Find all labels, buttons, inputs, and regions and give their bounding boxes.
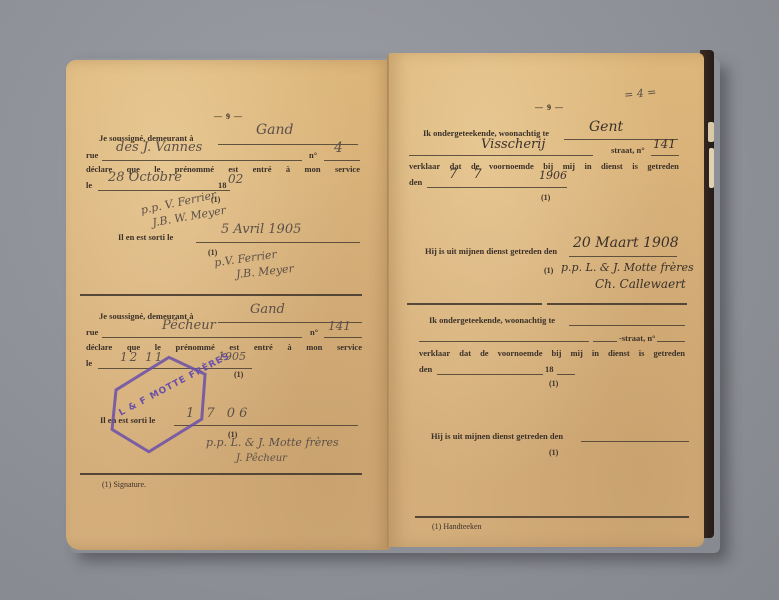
word: à <box>286 164 290 174</box>
signature-marker: (1) <box>234 370 243 379</box>
handwritten-year: 1906 <box>539 169 567 182</box>
form-rule <box>409 155 593 156</box>
page-tab-marker <box>709 148 714 188</box>
word: in <box>584 161 591 171</box>
date-label: den <box>409 177 422 187</box>
word: is <box>632 161 638 171</box>
word: mon <box>305 164 321 174</box>
word: getreden <box>647 161 678 171</box>
word: à <box>287 342 291 352</box>
section-divider <box>80 294 362 296</box>
handwritten-city: Gand <box>250 302 285 317</box>
footnote: (1) Handteeken <box>432 522 482 531</box>
street-label: straat, n° <box>611 145 645 155</box>
handwritten-date: 28 Octobre <box>108 170 182 185</box>
handwritten-date: 7 7 <box>449 167 488 182</box>
handwritten-number: 141 <box>328 319 351 333</box>
form-rule <box>102 337 302 338</box>
form-rule <box>569 256 677 257</box>
word: dienst <box>601 161 623 171</box>
handwritten-signature: J. Pêcheur <box>236 453 287 464</box>
handwritten-city: Gent <box>589 119 623 135</box>
street-label: -straat, n° <box>619 333 655 343</box>
handwritten-year: 02 <box>228 172 243 186</box>
handwritten-city: Gand <box>256 122 294 138</box>
word: in <box>592 348 599 358</box>
word: verklaar <box>409 161 440 171</box>
form-rule <box>557 374 575 375</box>
handwritten-number: 4 <box>334 140 343 156</box>
word: verklaar <box>419 348 450 358</box>
word: dienst <box>608 348 630 358</box>
form-rule <box>581 441 689 442</box>
number-label: n° <box>310 327 318 337</box>
word: dat <box>459 348 471 358</box>
word: service <box>337 342 362 352</box>
section-divider <box>415 516 689 518</box>
date-label: le <box>86 358 92 368</box>
form-rule <box>324 337 362 338</box>
word: déclare <box>86 342 112 352</box>
handwritten-signature: Ch. Callewaert <box>595 277 686 291</box>
exit-label: Il en est sorti le <box>118 232 173 242</box>
form-rule <box>569 325 685 326</box>
form-rule <box>657 341 685 342</box>
handwritten-exit-date: 20 Maart 1908 <box>573 235 679 251</box>
section-divider <box>547 303 687 305</box>
handwritten-signature: p.p. L. & J. Motte frères <box>206 436 339 449</box>
page-tab-marker <box>708 122 714 142</box>
word: voornoemde <box>498 348 543 358</box>
page-number: — 9 — <box>535 103 564 112</box>
form-rule <box>324 160 360 161</box>
handwritten-street: Pêcheur <box>162 318 216 333</box>
handwritten-street: Visscherij <box>481 137 545 152</box>
resident-label-nl: Ik ondergeteekende, woonachtig te <box>429 315 555 325</box>
date-label: le <box>86 180 92 190</box>
date-label: den <box>419 364 432 374</box>
form-rule <box>593 341 617 342</box>
form-rule <box>419 341 589 342</box>
page-number: — 9 — <box>214 112 243 121</box>
form-rule <box>437 374 543 375</box>
left-page: — 9 — Je soussigné, demeurant à Gand rue… <box>66 60 390 550</box>
section-divider <box>407 303 542 305</box>
word: getreden <box>653 348 684 358</box>
footnote: (1) Signature. <box>102 480 146 489</box>
word: is <box>639 348 645 358</box>
signature-marker: (1) <box>541 193 550 202</box>
street-label: rue <box>86 327 98 337</box>
declaration-line: verklaar dat de voornoemde bij mij in di… <box>419 348 685 358</box>
handwritten-street: des J. Vannes <box>116 140 202 155</box>
exit-label-nl: Hij is uit mijnen dienst getreden den <box>431 431 563 441</box>
form-rule <box>427 187 567 188</box>
word: entré <box>253 164 272 174</box>
signature-marker: (1) <box>549 379 558 388</box>
handwritten-exit-date: 5 Avril 1905 <box>221 222 301 237</box>
word: mon <box>306 342 322 352</box>
exit-label-nl: Hij is uit mijnen dienst getreden den <box>425 246 557 256</box>
word: entré <box>254 342 273 352</box>
form-rule <box>651 155 679 156</box>
word: bij <box>552 348 562 358</box>
word: mij <box>571 348 583 358</box>
form-rule <box>102 160 302 161</box>
right-page: — 9 — = 4 = Ik ondergeteekende, woonacht… <box>389 53 704 547</box>
word: service <box>335 164 360 174</box>
form-rule <box>196 242 360 243</box>
handwritten-number: 141 <box>653 137 676 151</box>
corner-pencil-mark: = 4 = <box>623 85 657 101</box>
section-divider <box>80 473 362 475</box>
word: de <box>480 348 489 358</box>
street-label: rue <box>86 150 98 160</box>
year-prefix: 18 <box>218 180 227 190</box>
signature-marker: (1) <box>549 448 558 457</box>
number-label: n° <box>309 150 317 160</box>
word: voornoemde <box>489 161 534 171</box>
signature-marker: (1) <box>544 266 553 275</box>
year-prefix: 18 <box>545 364 554 374</box>
handwritten-signature: p.p. L. & J. Motte frères <box>561 261 694 274</box>
